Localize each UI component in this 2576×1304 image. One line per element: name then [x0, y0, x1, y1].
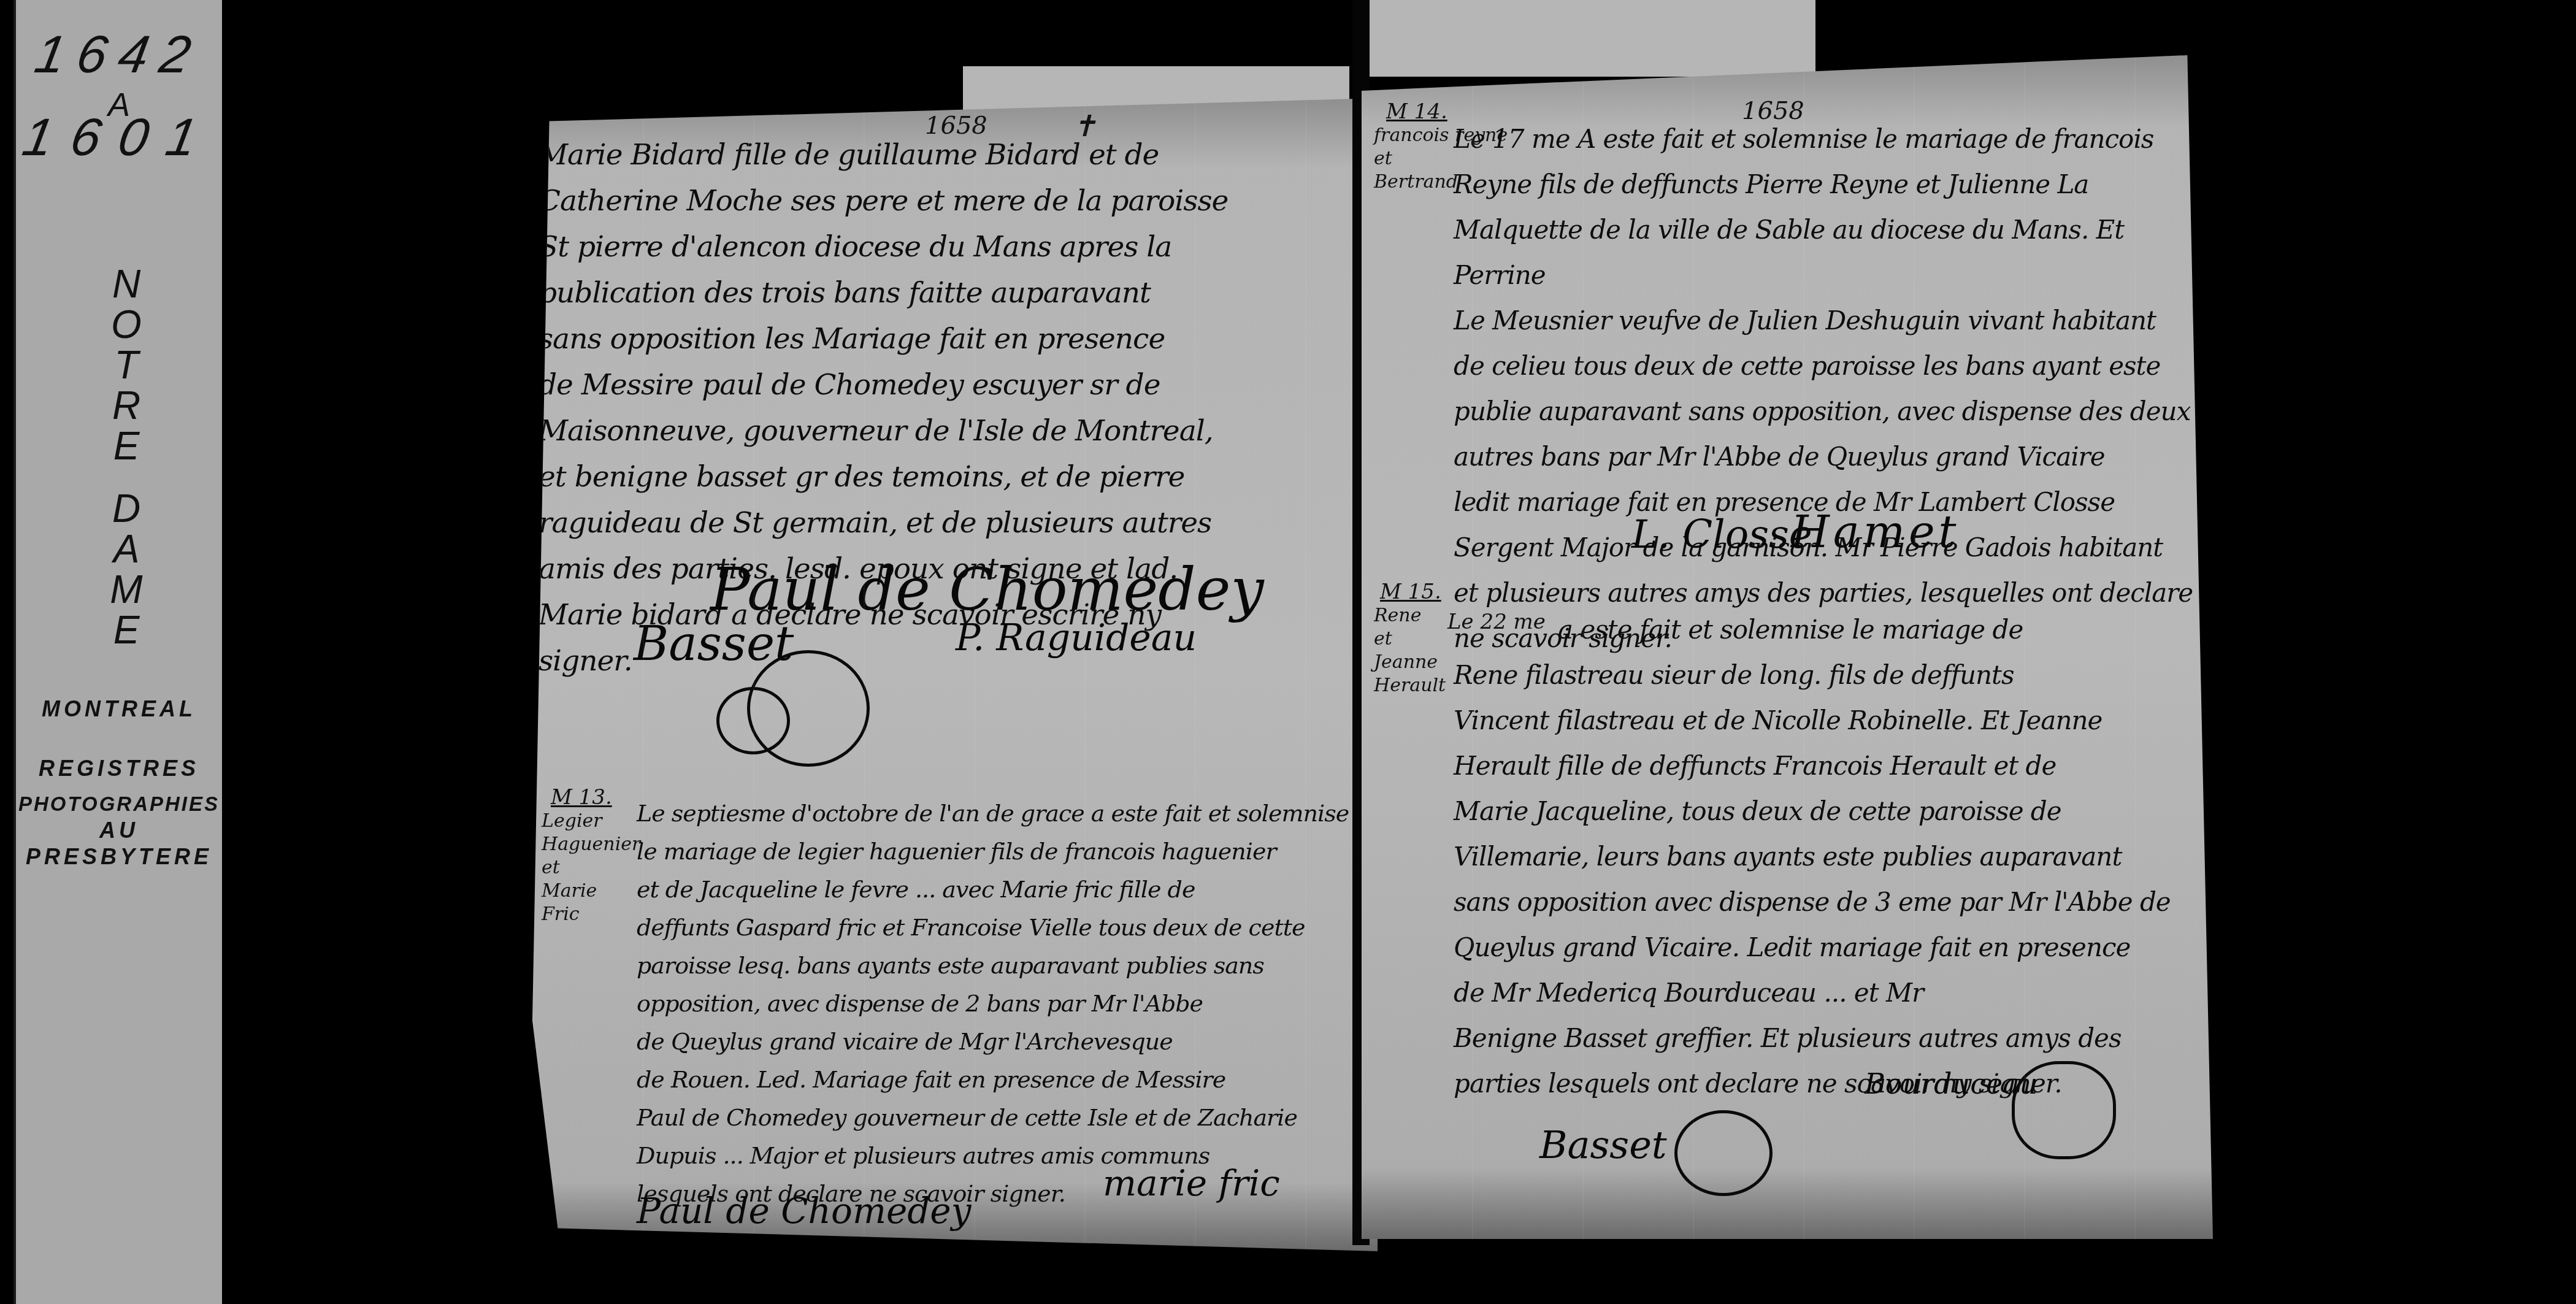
- signature: marie fric: [1103, 1162, 1280, 1204]
- note-line: PHOTOGRAPHIES: [16, 792, 222, 816]
- signature: Paul de Chomedey: [710, 555, 1264, 624]
- note-line: REGISTRES: [16, 756, 222, 781]
- church-letter: E: [108, 610, 145, 650]
- signature-flourish: [2012, 1061, 2116, 1159]
- archive-label-card: 1642 A 1601 N O T R E D A M E MONTREAL R…: [13, 0, 222, 1304]
- note-line: AU: [16, 818, 222, 843]
- signature: Basset: [1539, 1122, 1667, 1167]
- year-end: 1601: [10, 107, 227, 168]
- signature-flourish: [1674, 1110, 1773, 1196]
- entry-text: Le septiesme d'octobre de l'an de grace …: [637, 794, 1360, 1213]
- church-letter: T: [108, 345, 145, 385]
- church-letter: D: [108, 488, 145, 529]
- church-letter: A: [108, 529, 145, 569]
- church-name: N O T R E D A M E: [108, 264, 145, 650]
- entry-number: M 14.: [1386, 99, 1447, 124]
- register-page-right: M 14. 1658 francois reyne et Bertrand Le…: [1362, 55, 2213, 1239]
- entry-number: M 13.: [551, 785, 612, 810]
- margin-note: Rene et Jeanne Herault: [1374, 604, 1446, 697]
- entry-text: a este fait et solemnise le mariage de R…: [1454, 607, 2202, 1106]
- city-name: MONTREAL: [16, 696, 222, 722]
- entry-text: Le 17 me A este fait et solemnise le mar…: [1454, 117, 2202, 661]
- church-letter: R: [108, 385, 145, 426]
- signature-flourish: [716, 687, 790, 754]
- signature: Paul de Chomedey: [637, 1190, 971, 1232]
- word-gap: [108, 466, 145, 488]
- register-page-left: 1658 ✝ Marie Bidard fille de guillaume B…: [532, 98, 1378, 1251]
- entry-number: M 15.: [1380, 580, 1441, 604]
- signature: P. Raguideau: [956, 616, 1197, 659]
- year-start: 1642: [10, 25, 227, 85]
- signature: Bourduceau: [1865, 1067, 2037, 1100]
- margin-note: Legier Haguenier et Marie Fric: [542, 810, 640, 926]
- church-letter: E: [108, 426, 145, 466]
- signature: L. Closse: [1631, 512, 1812, 558]
- page-tab-right: [1365, 0, 1815, 77]
- church-letter: N: [108, 264, 145, 304]
- church-letter: M: [108, 569, 145, 610]
- note-line: PRESBYTERE: [16, 844, 222, 870]
- signature: Hamet: [1791, 506, 1960, 558]
- church-letter: O: [108, 304, 145, 345]
